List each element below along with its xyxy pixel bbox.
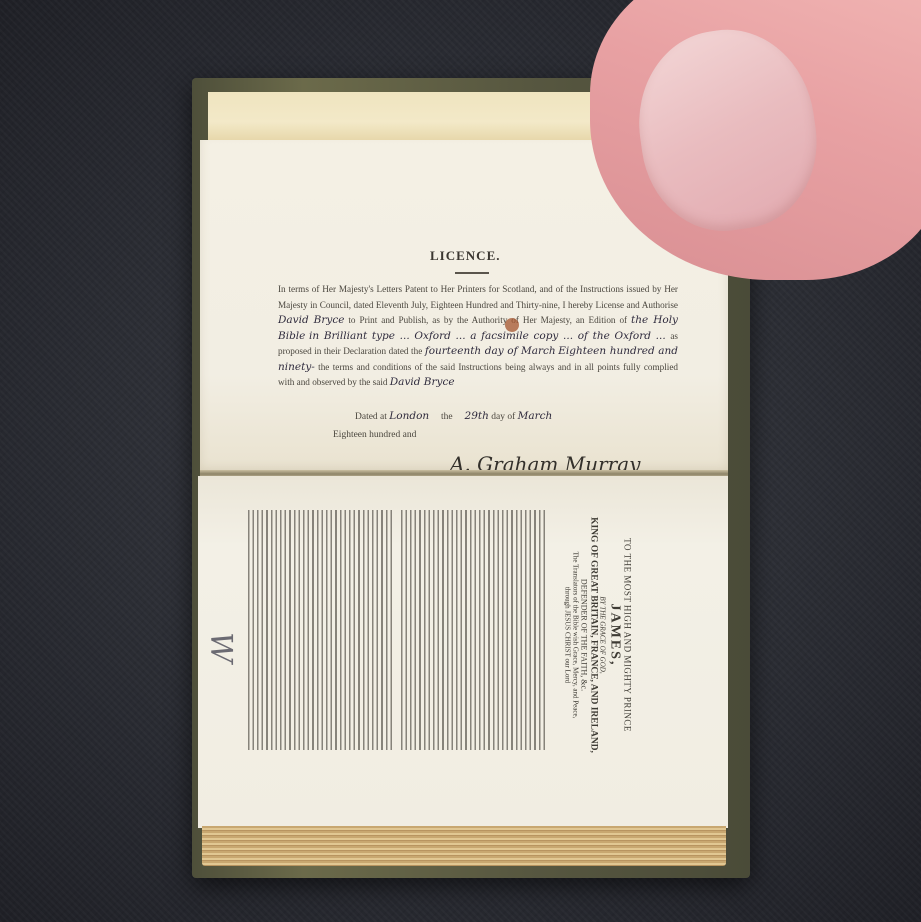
the-label: the: [441, 412, 453, 422]
licence-title: LICENCE.: [430, 248, 501, 264]
dedication-line: KING OF GREAT BRITAIN, FRANCE, AND IRELA…: [589, 510, 599, 760]
handwritten-licensee-repeat: David Bryce: [390, 376, 455, 388]
dedication-line: The Translators of the Bible wish Grace,…: [572, 510, 580, 760]
text-column: [398, 510, 545, 750]
red-stain: [505, 318, 519, 332]
handwritten-licensee: David Bryce: [278, 314, 344, 326]
dated-label: Dated at: [355, 412, 387, 422]
dedication-line: through JESUS CHRIST our Lord: [564, 510, 572, 760]
page-top-edge: [208, 92, 628, 143]
licence-line: to Print and Publish, as by the Authorit…: [348, 315, 627, 325]
dedication-line: TO THE MOST HIGH AND MIGHTY PRINCE: [623, 510, 633, 760]
licence-line: In terms of Her Majesty's Letters Patent…: [278, 284, 577, 294]
licence-line: Thirty-nine, I hereby License and Author…: [516, 300, 678, 310]
year-line: Eighteen hundred and: [333, 430, 416, 440]
handwritten-date: fourteenth day of March: [425, 345, 556, 357]
dedication-name: JAMES,: [607, 510, 623, 760]
dedication-line: BY THE GRACE OF GOD,: [599, 510, 607, 760]
dated-place: London: [389, 410, 429, 422]
licence-text: In terms of Her Majesty's Letters Patent…: [278, 282, 678, 391]
dedication-line: DEFENDER OF THE FAITH, &c.: [580, 510, 589, 760]
handwritten-edition-detail: in Brilliant type ... Oxford ...: [309, 330, 470, 342]
gilt-fore-edge: [202, 826, 726, 866]
dedication-body-text: Dense small-print dedication text in two…: [245, 510, 545, 750]
dated-line: Dated at London the 29th day of March: [355, 410, 552, 422]
dedication-heading: TO THE MOST HIGH AND MIGHTY PRINCE JAMES…: [564, 510, 633, 760]
dated-month: March: [518, 410, 553, 422]
licence-line: the terms and conditions of the said Ins…: [318, 362, 525, 372]
handwritten-edition-detail: a facsimile copy ... of the Oxford ...: [470, 330, 670, 342]
dated-day: 29th: [465, 410, 489, 422]
text-column: [245, 510, 392, 750]
title-rule: [455, 272, 489, 274]
pencil-mark: W: [203, 632, 238, 663]
day-of-label: day of: [491, 412, 515, 422]
